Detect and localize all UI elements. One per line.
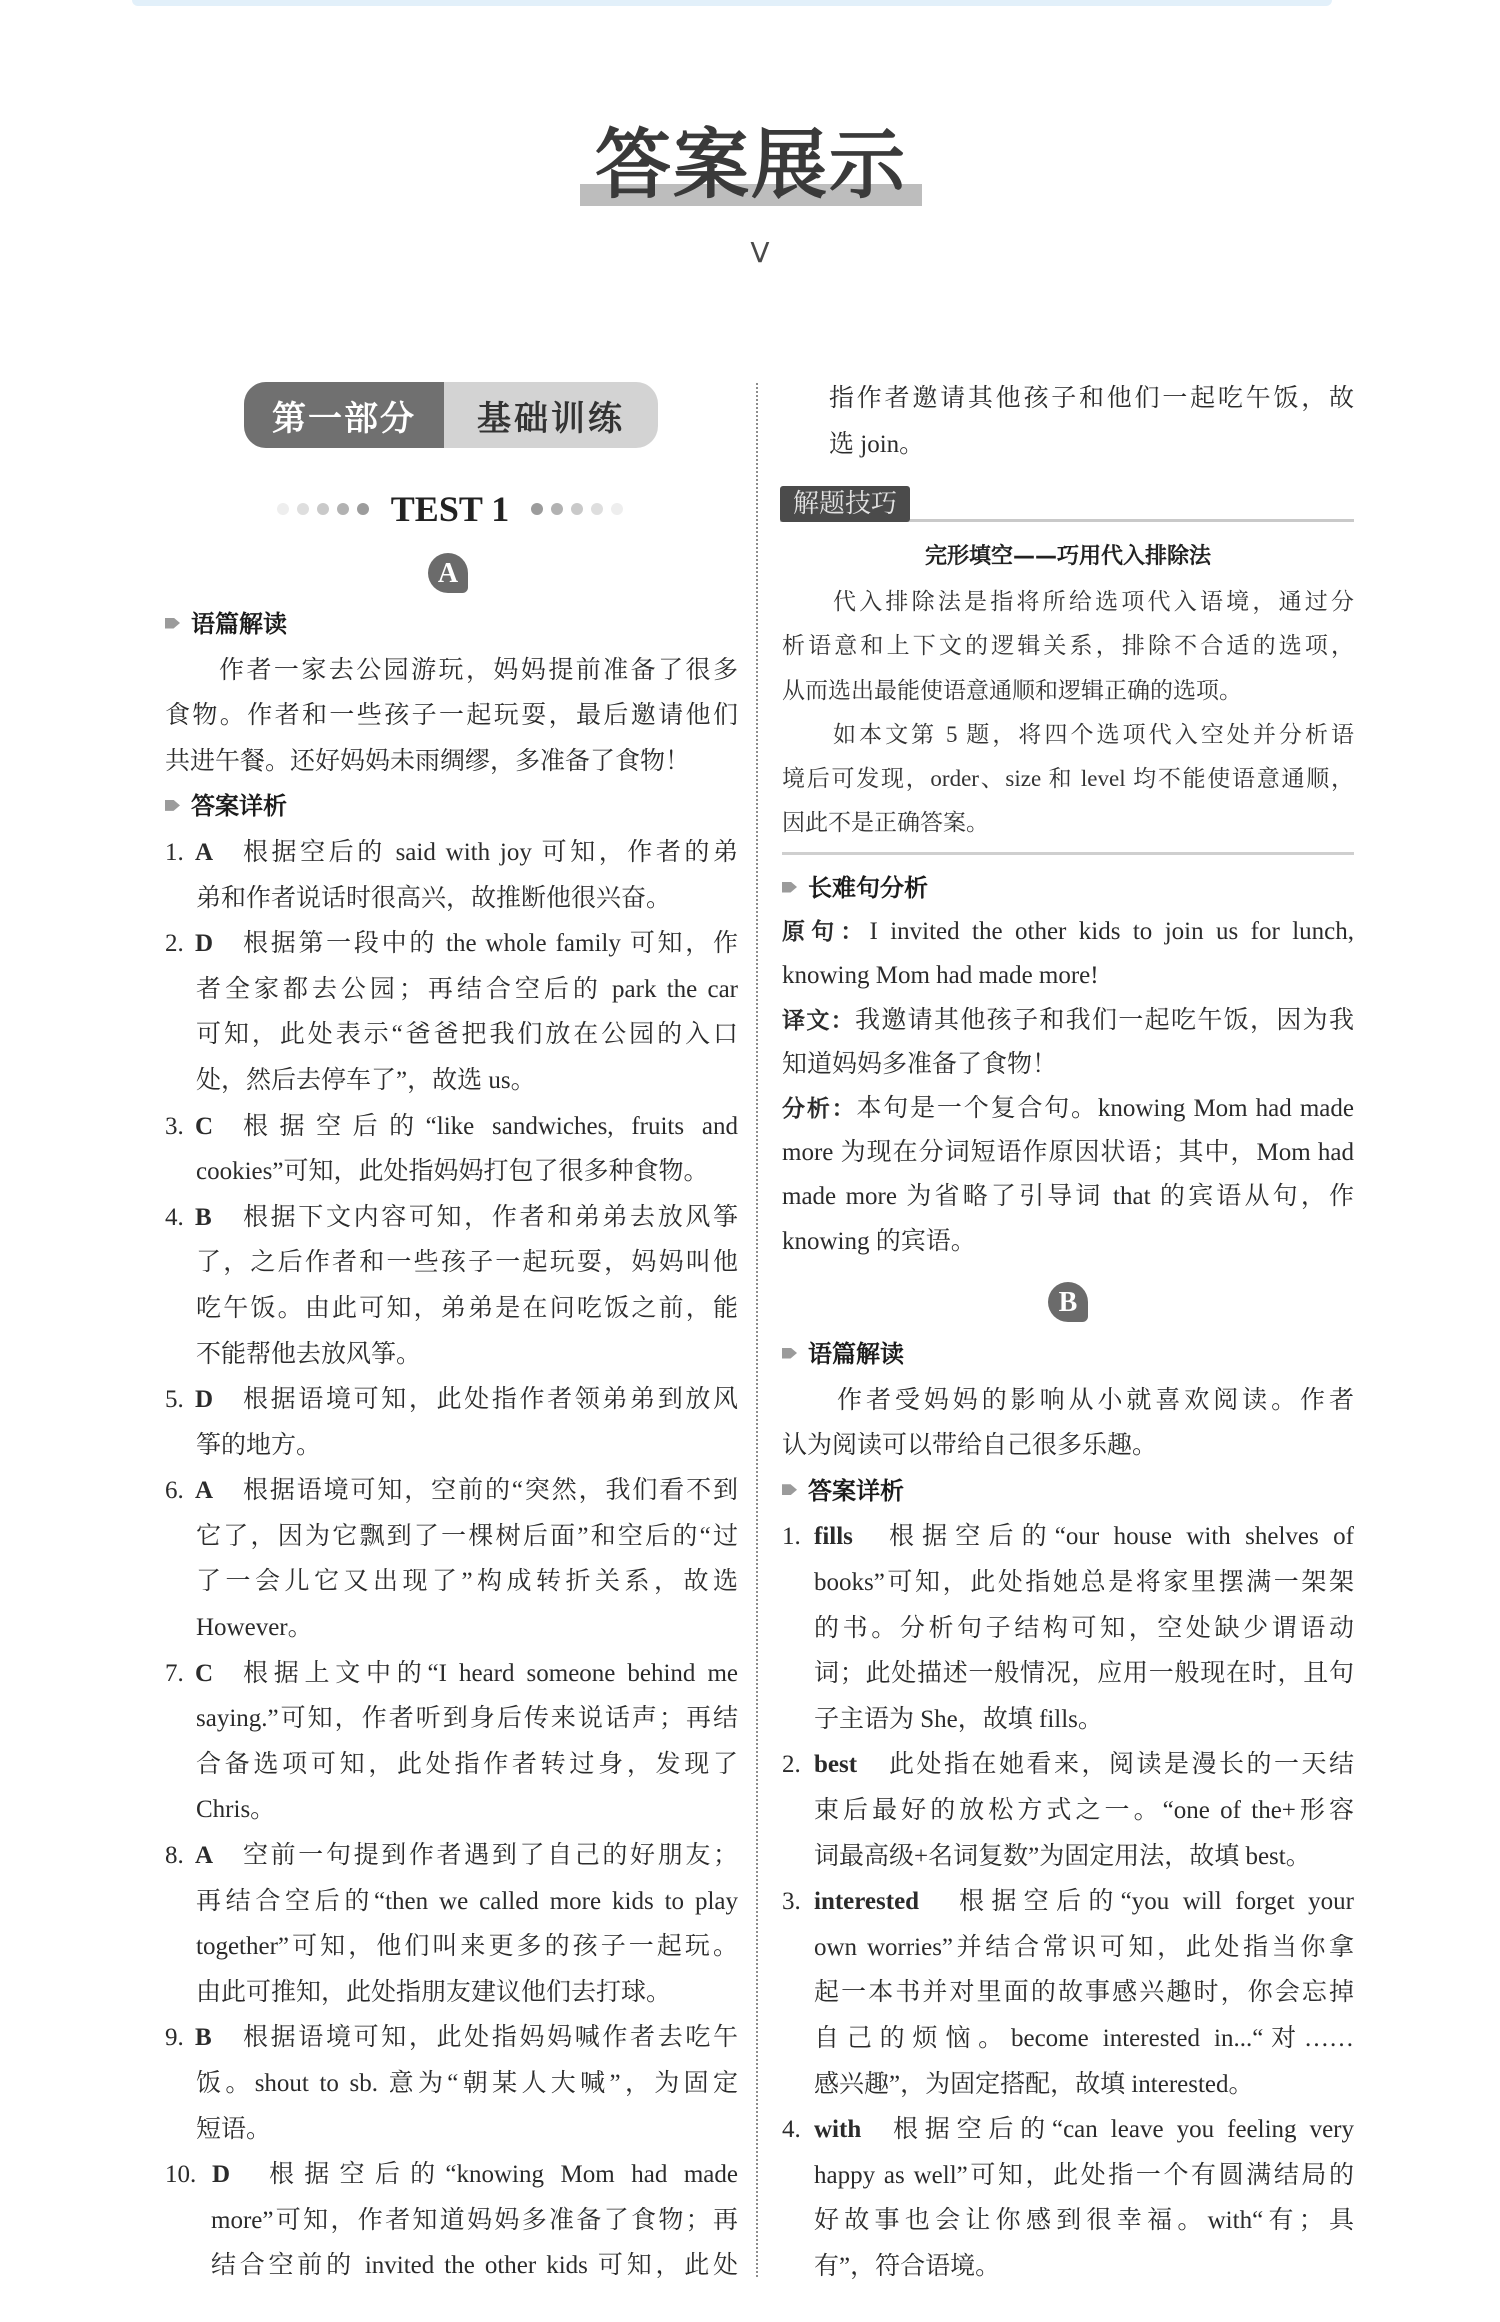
item-text: 根据上文中的“I heard someone behind me — [243, 1651, 738, 1697]
tip-line: 从而选出最能使语意通顺和逻辑正确的选项。 — [782, 669, 1354, 713]
summary-line: 作者一家去公园游玩，妈妈提前准备了很多 — [165, 648, 738, 694]
item-text: 选 join。 — [782, 422, 1354, 468]
part-banner: 第一部分 基础训练 — [244, 382, 658, 448]
item-text: more”可知，作者知道妈妈多准备了食物；再 — [165, 2198, 738, 2244]
item-number: 5. — [165, 1377, 195, 1423]
passage-a-badge-icon: A — [428, 553, 468, 593]
top-bar — [132, 0, 1332, 6]
item-text: 结合空前的 invited the other kids 可知，此处 — [165, 2243, 738, 2289]
item-number: 4. — [782, 2107, 814, 2153]
item-answer: B — [195, 2015, 243, 2061]
answer-item-7: 7.C根据上文中的“I heard someone behind me — [165, 1651, 738, 1697]
item-text: 束后最好的放松方式之一。“one of the+形容 — [782, 1788, 1354, 1834]
item-text: 根据空后的“like sandwiches, fruits and — [243, 1104, 738, 1150]
item-text: 不能帮他去放风筝。 — [165, 1332, 738, 1378]
column-divider — [756, 383, 758, 2277]
item-text: 根据第一段中的 the whole family 可知，作 — [243, 921, 738, 967]
analysis-label: 分析： — [782, 1096, 856, 1122]
item-text: 根据语境可知，此处指妈妈喊作者去吃午 — [243, 2015, 738, 2061]
answer-item-5: 5.D根据语境可知，此处指作者领弟弟到放风 — [165, 1377, 738, 1423]
dot-icon — [551, 503, 563, 515]
item-number: 6. — [165, 1468, 195, 1514]
item-answer: C — [195, 1651, 243, 1697]
item-text: books”可知，此处指她总是将家里摆满一架架 — [782, 1560, 1354, 1606]
item-text: 筝的地方。 — [165, 1423, 738, 1469]
summary-line: 认为阅读可以带给自己很多乐趣。 — [782, 1423, 1354, 1469]
item-text: 短语。 — [165, 2107, 738, 2153]
tip-title: 完形填空——巧用代入排除法 — [782, 540, 1354, 574]
item-text: 合备选项可知，此处指作者转过身，发现了 — [165, 1742, 738, 1788]
item-text: 处，然后去停车了”，故选 us。 — [165, 1058, 738, 1104]
item-text: 的书。分析句子结构可知，空处缺少谓语动 — [782, 1606, 1354, 1652]
dot-icon — [571, 503, 583, 515]
dot-icon — [297, 503, 309, 515]
item-text: However。 — [165, 1605, 738, 1651]
left-column: 语篇解读 作者一家去公园游玩，妈妈提前准备了很多 食物。作者和一些孩子一起玩耍，… — [165, 602, 738, 2289]
tip-label: 解题技巧 — [780, 486, 910, 522]
item-text: 感兴趣”，为固定搭配，故填 interested。 — [782, 2062, 1354, 2108]
item-text: 再结合空后的“then we called more kids to play — [165, 1879, 738, 1925]
item-text: 根据空后的“our house with shelves of — [889, 1514, 1354, 1560]
tip-line: 析语意和上下文的逻辑关系，排除不合适的选项， — [782, 624, 1354, 668]
section-heading-summary-b: 语篇解读 — [782, 1332, 1354, 1378]
dot-icon — [337, 503, 349, 515]
analysis-line: made more 为省略了引导词 that 的宾语从句，作 — [782, 1175, 1354, 1219]
item-number: 1. — [165, 830, 195, 876]
item-text: 子主语为 She，故填 fills。 — [782, 1697, 1354, 1743]
item-text: 根据空后的“can leave you feeling very — [893, 2107, 1354, 2153]
answer-item-b3: 3.interested根据空后的“you will forget your — [782, 1879, 1354, 1925]
dot-icon — [591, 503, 603, 515]
page-title: 答案展示 — [0, 122, 1500, 208]
passage-b: 语篇解读 作者受妈妈的影响从小就喜欢阅读。作者 认为阅读可以带给自己很多乐趣。 … — [782, 1332, 1354, 2289]
item-number: 3. — [165, 1104, 195, 1150]
section-marker-icon — [782, 1484, 797, 1495]
item-number: 7. — [165, 1651, 195, 1697]
item-text: saying.”可知，作者听到身后传来说话声；再结 — [165, 1696, 738, 1742]
dot-icon — [531, 503, 543, 515]
item-text: own worries”并结合常识可知，此处指当你拿 — [782, 1925, 1354, 1971]
dot-icon — [611, 503, 623, 515]
item-text: 空前一句提到作者遇到了自己的好朋友； — [243, 1833, 738, 1879]
summary-line: 作者受妈妈的影响从小就喜欢阅读。作者 — [782, 1378, 1354, 1424]
translation-label: 译文： — [782, 1008, 855, 1034]
item-text: 者全家都去公园；再结合空后的 park the car — [165, 967, 738, 1013]
answer-item-8: 8.A空前一句提到作者遇到了自己的好朋友； — [165, 1833, 738, 1879]
item-number: 10. — [165, 2152, 212, 2198]
item-text: 起一本书并对里面的故事感兴趣时，你会忘掉 — [782, 1970, 1354, 2016]
item-number: 2. — [782, 1742, 814, 1788]
section-marker-icon — [782, 1348, 797, 1359]
item-answer: D — [195, 1377, 243, 1423]
tip-line: 境后可发现，order、size 和 level 均不能使语意通顺， — [782, 757, 1354, 801]
item-answer: B — [195, 1195, 243, 1241]
passage-b-badge-icon: B — [1048, 1282, 1088, 1322]
section-marker-icon — [782, 882, 797, 893]
item-number: 2. — [165, 921, 195, 967]
answer-item-b1: 1.fills根据空后的“our house with shelves of — [782, 1514, 1354, 1560]
section-marker-icon — [165, 618, 180, 629]
summary-line: 共进午餐。还好妈妈未雨绸缪，多准备了食物！ — [165, 739, 738, 785]
analysis-line: more 为现在分词短语作原因状语；其中，Mom had — [782, 1131, 1354, 1175]
tip-line: 代入排除法是指将所给选项代入语境，通过分 — [782, 580, 1354, 624]
item-text: 吃午饭。由此可知，弟弟是在问吃饭之前，能 — [165, 1286, 738, 1332]
item-text: 此处指在她看来，阅读是漫长的一天结 — [889, 1742, 1354, 1788]
item-text: 根据空后的“you will forget your — [959, 1879, 1354, 1925]
answer-item-3: 3.C根据空后的“like sandwiches, fruits and — [165, 1104, 738, 1150]
item-text: happy as well”可知，此处指一个有圆满结局的 — [782, 2153, 1354, 2199]
item-number: 3. — [782, 1879, 814, 1925]
answer-item-1: 1.A根据空后的 said with joy 可知，作者的弟 — [165, 830, 738, 876]
item-text: 可知，此处表示“爸爸把我们放在公园的入口 — [165, 1012, 738, 1058]
item-number: 8. — [165, 1833, 195, 1879]
item-answer: interested — [814, 1879, 959, 1925]
item-text: 根据语境可知，空前的“突然，我们看不到 — [243, 1468, 738, 1514]
answer-item-6: 6.A根据语境可知，空前的“突然，我们看不到 — [165, 1468, 738, 1514]
item-text: 指作者邀请其他孩子和他们一起吃午饭，故 — [782, 376, 1354, 422]
item-text: 由此可推知，此处指朋友建议他们去打球。 — [165, 1970, 738, 2016]
item-text: Chris。 — [165, 1787, 738, 1833]
item-text: 根据语境可知，此处指作者领弟弟到放风 — [243, 1377, 738, 1423]
item-answer: A — [195, 1833, 243, 1879]
item-text: 好故事也会让你感到很幸福。with“有；具 — [782, 2198, 1354, 2244]
item-answer: best — [814, 1742, 889, 1788]
part-name: 基础训练 — [444, 382, 658, 448]
section-heading-sentence-analysis: 长难句分析 — [782, 866, 1354, 910]
test-title: TEST 1 — [391, 488, 509, 530]
tip-bottom-rule — [782, 852, 1354, 855]
item-number: 4. — [165, 1195, 195, 1241]
original-sentence-line: 原句：I invited the other kids to join us f… — [782, 910, 1354, 954]
answer-item-b2: 2.best此处指在她看来，阅读是漫长的一天结 — [782, 1742, 1354, 1788]
answer-item-4: 4.B根据下文内容可知，作者和弟弟去放风筝 — [165, 1195, 738, 1241]
answer-item-10: 10.D根据空后的“knowing Mom had made — [165, 2152, 738, 2198]
test-heading: TEST 1 — [250, 488, 650, 530]
item-text: 根据空后的“knowing Mom had made — [269, 2152, 738, 2198]
tip-body: 代入排除法是指将所给选项代入语境，通过分 析语意和上下文的逻辑关系，排除不合适的… — [782, 580, 1354, 846]
item-number: 9. — [165, 2015, 195, 2061]
dot-icon — [357, 503, 369, 515]
item-answer: A — [195, 1468, 243, 1514]
analysis-line: 分析：本句是一个复合句。knowing Mom had made — [782, 1087, 1354, 1131]
answer-item-2: 2.D根据第一段中的 the whole family 可知，作 — [165, 921, 738, 967]
item-text: 自己的烦恼。become interested in...“对…… — [782, 2016, 1354, 2062]
item-answer: with — [814, 2107, 893, 2153]
item-text: cookies”可知，此处指妈妈打包了很多种食物。 — [165, 1149, 738, 1195]
section-heading-summary-a: 语篇解读 — [165, 602, 738, 648]
part-label: 第一部分 — [244, 382, 444, 448]
answer-item-9: 9.B根据语境可知，此处指妈妈喊作者去吃午 — [165, 2015, 738, 2061]
item-text: together”可知，他们叫来更多的孩子一起玩。 — [165, 1924, 738, 1970]
item-answer: D — [195, 921, 243, 967]
summary-line: 食物。作者和一些孩子一起玩耍，最后邀请他们 — [165, 693, 738, 739]
section-heading-answers-b: 答案详析 — [782, 1469, 1354, 1515]
item-answer: D — [212, 2152, 269, 2198]
answer-item-b4: 4.with根据空后的“can leave you feeling very — [782, 2107, 1354, 2153]
dot-icon — [317, 503, 329, 515]
tip-line: 如本文第 5 题，将四个选项代入空处并分析语 — [782, 713, 1354, 757]
item-text: 弟和作者说话时很高兴，故推断他很兴奋。 — [165, 876, 738, 922]
item-answer: fills — [814, 1514, 889, 1560]
item-text: 了一会儿它又出现了”构成转折关系，故选 — [165, 1559, 738, 1605]
dot-icon — [277, 503, 289, 515]
item-text: 有”，符合语境。 — [782, 2244, 1354, 2290]
original-sentence-line: knowing Mom had made more! — [782, 954, 1354, 998]
tip-line: 因此不是正确答案。 — [782, 801, 1354, 845]
item-text: 了，之后作者和一些孩子一起玩耍，妈妈叫他 — [165, 1240, 738, 1286]
section-marker-icon — [165, 800, 180, 811]
page-number: V — [10, 236, 1500, 270]
section-heading-answers-a: 答案详析 — [165, 784, 738, 830]
translation-line: 知道妈妈多准备了食物！ — [782, 1043, 1354, 1087]
item-text: 根据空后的 said with joy 可知，作者的弟 — [243, 830, 738, 876]
original-label: 原句： — [782, 919, 869, 945]
item-text: 词最高级+名词复数”为固定用法，故填 best。 — [782, 1834, 1354, 1880]
item-number: 1. — [782, 1514, 814, 1560]
item-answer: C — [195, 1104, 243, 1150]
item-answer: A — [195, 830, 243, 876]
analysis-line: knowing 的宾语。 — [782, 1220, 1354, 1264]
sentence-analysis: 长难句分析 原句：I invited the other kids to joi… — [782, 866, 1354, 1264]
item-text: 根据下文内容可知，作者和弟弟去放风筝 — [243, 1195, 738, 1241]
item-text: 饭。shout to sb. 意为“朝某人大喊”，为固定 — [165, 2061, 738, 2107]
translation-line: 译文：我邀请其他孩子和我们一起吃午饭，因为我 — [782, 999, 1354, 1043]
right-column-continuation: 指作者邀请其他孩子和他们一起吃午饭，故 选 join。 — [782, 376, 1354, 468]
item-text: 它了，因为它飘到了一棵树后面”和空后的“过 — [165, 1514, 738, 1560]
item-text: 词；此处描述一般情况，应用一般现在时，且句 — [782, 1651, 1354, 1697]
